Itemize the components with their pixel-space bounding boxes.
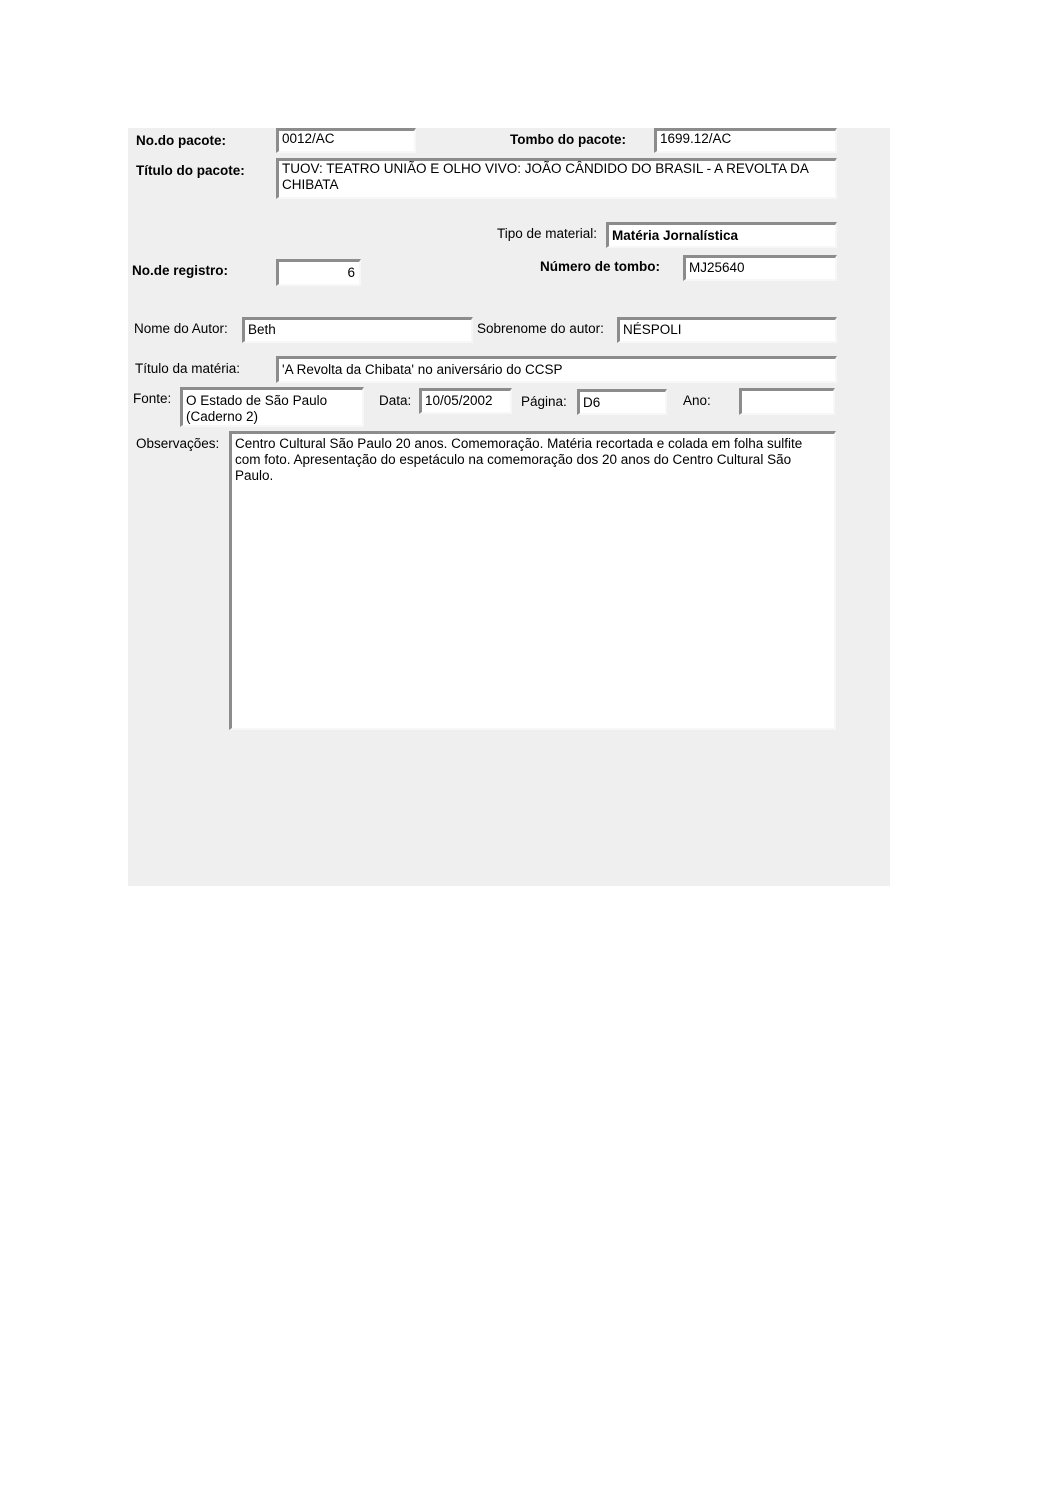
observacoes-label: Observações: <box>136 436 219 452</box>
tombo-pacote-label: Tombo do pacote: <box>510 132 626 148</box>
titulo-pacote-label: Título do pacote: <box>136 163 245 179</box>
tipo-material-label: Tipo de material: <box>497 226 597 242</box>
pacote-no-label: No.do pacote: <box>136 133 226 149</box>
ano-field[interactable] <box>739 388 835 415</box>
pagina-label: Página: <box>521 394 567 410</box>
titulo-pacote-field[interactable]: TUOV: TEATRO UNIÃO E OLHO VIVO: JOÃO CÂN… <box>276 158 837 199</box>
registro-no-label: No.de registro: <box>132 263 228 279</box>
pagina-field[interactable]: D6 <box>577 389 667 415</box>
fonte-field[interactable]: O Estado de São Paulo (Caderno 2) <box>180 387 364 427</box>
nome-autor-label: Nome do Autor: <box>134 321 228 337</box>
sobrenome-autor-label: Sobrenome do autor: <box>477 321 604 337</box>
ano-label: Ano: <box>683 393 711 409</box>
pacote-no-field[interactable]: 0012/AC <box>276 128 416 153</box>
numero-tombo-label: Número de tombo: <box>540 259 660 275</box>
tipo-material-field[interactable]: Matéria Jornalística <box>606 222 837 248</box>
sobrenome-autor-field[interactable]: NÉSPOLI <box>617 317 837 343</box>
data-field[interactable]: 10/05/2002 <box>419 388 512 414</box>
observacoes-field[interactable]: Centro Cultural São Paulo 20 anos. Comem… <box>229 431 836 730</box>
tombo-pacote-field[interactable]: 1699.12/AC <box>654 128 837 153</box>
data-label: Data: <box>379 393 411 409</box>
registro-no-field[interactable]: 6 <box>276 259 361 286</box>
titulo-materia-field[interactable]: 'A Revolta da Chibata' no aniversário do… <box>276 356 837 383</box>
titulo-materia-label: Título da matéria: <box>135 361 240 377</box>
numero-tombo-field[interactable]: MJ25640 <box>683 255 837 281</box>
fonte-label: Fonte: <box>133 391 171 407</box>
nome-autor-field[interactable]: Beth <box>242 317 473 343</box>
